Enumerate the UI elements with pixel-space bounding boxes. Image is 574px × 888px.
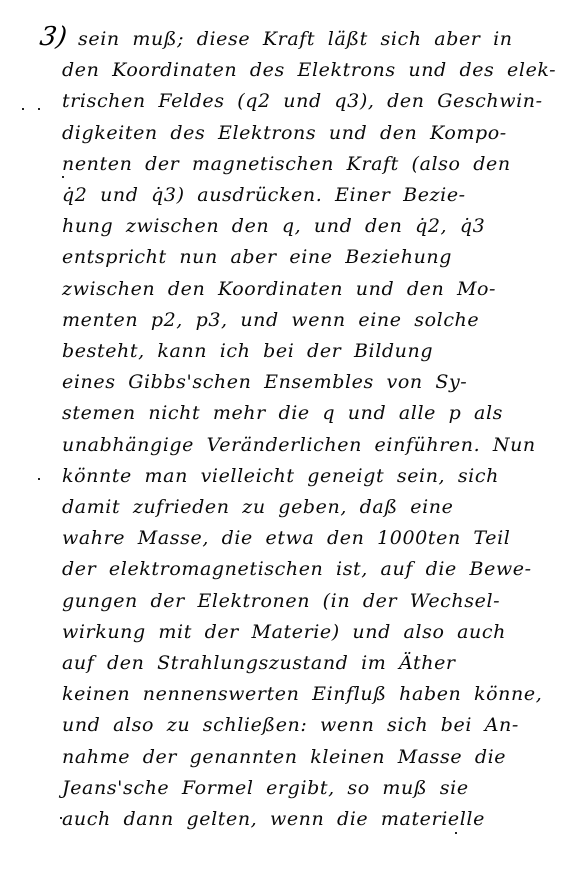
manuscript-line: menten p2, p3, und wenn eine solche xyxy=(62,309,562,331)
manuscript-line: Jeans'sche Formel ergibt, so muß sie xyxy=(62,777,562,799)
manuscript-line: nenten der magnetischen Kraft (also den xyxy=(62,153,562,175)
manuscript-line: könnte man vielleicht geneigt sein, sich xyxy=(62,465,562,487)
manuscript-line: zwischen den Koordinaten und den Mo- xyxy=(62,278,562,300)
manuscript-line: unabhängige Veränderlichen einführen. Nu… xyxy=(62,434,562,456)
scan-speck xyxy=(22,108,24,110)
scan-speck xyxy=(38,478,40,480)
scan-speck xyxy=(38,108,40,110)
manuscript-line: stemen nicht mehr die q und alle p als xyxy=(62,402,562,424)
scan-speck xyxy=(62,176,64,178)
manuscript-line: damit zufrieden zu geben, daß eine xyxy=(62,496,562,518)
manuscript-line: auf den Strahlungszustand im Äther xyxy=(62,652,562,674)
manuscript-line: gungen der Elektronen (in der Wechsel- xyxy=(62,590,562,612)
manuscript-line: auch dann gelten, wenn die materielle xyxy=(62,808,562,830)
manuscript-line: wahre Masse, die etwa den 1000ten Teil xyxy=(62,527,562,549)
manuscript-line: und also zu schließen: wenn sich bei An- xyxy=(62,714,562,736)
manuscript-line: der elektromagnetischen ist, auf die Bew… xyxy=(62,558,562,580)
scan-speck xyxy=(60,817,62,819)
scan-speck xyxy=(455,832,457,834)
manuscript-line: entspricht nun aber eine Beziehung xyxy=(62,246,562,268)
manuscript-page: 3) sein muß; diese Kraft läßt sich aber … xyxy=(0,0,574,888)
manuscript-line: besteht, kann ich bei der Bildung xyxy=(62,340,562,362)
manuscript-line: hung zwischen den q, und den q̇2, q̇3 xyxy=(62,215,562,237)
manuscript-line: sein muß; diese Kraft läßt sich aber in xyxy=(78,28,574,50)
manuscript-line: keinen nennenswerten Einfluß haben könne… xyxy=(62,683,562,705)
manuscript-line: q̇2 und q̇3) ausdrücken. Einer Bezie- xyxy=(62,184,562,206)
page-marker: 3) xyxy=(38,22,69,52)
manuscript-line: digkeiten des Elektrons und den Kompo- xyxy=(62,122,562,144)
manuscript-line: nahme der genannten kleinen Masse die xyxy=(62,746,562,768)
manuscript-line: den Koordinaten des Elektrons und des el… xyxy=(62,59,562,81)
manuscript-line: trischen Feldes (q2 und q3), den Geschwi… xyxy=(62,90,562,112)
manuscript-line: wirkung mit der Materie) und also auch xyxy=(62,621,562,643)
manuscript-line: eines Gibbs'schen Ensembles von Sy- xyxy=(62,371,562,393)
